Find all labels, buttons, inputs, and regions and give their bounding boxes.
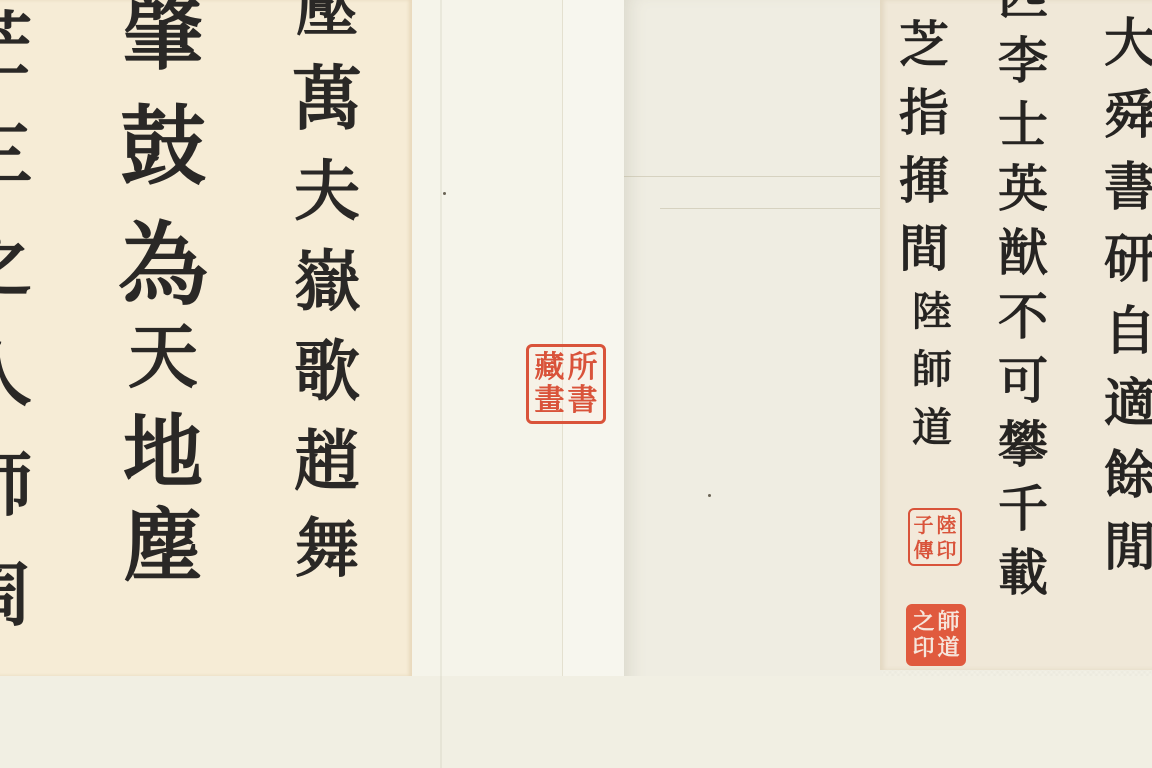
seal-character: 傳 [914, 540, 934, 560]
seal-character: 陸 [937, 515, 957, 535]
character: 揮 [899, 156, 949, 206]
character: 間 [899, 224, 949, 274]
character: 適 [1104, 378, 1152, 430]
character: 地 [123, 412, 203, 492]
character: 攀 [998, 420, 1048, 470]
character: 夫 [294, 158, 360, 224]
seal-character: 子 [914, 515, 934, 535]
seal-character: 道 [937, 637, 959, 659]
character: 士 [998, 100, 1048, 150]
character: 趙 [294, 428, 360, 494]
text-column-1: 壓 萬 夫 嶽 歌 趙 舞 [292, 0, 362, 582]
silk-strip-bottom [0, 676, 1152, 768]
character: 塵 [123, 506, 203, 586]
character: 壓 [296, 0, 358, 40]
signature-character: 道 [912, 408, 952, 448]
character: 三 [0, 120, 32, 190]
seal-character: 藏 [535, 353, 565, 383]
character: 指 [899, 88, 949, 138]
silk-speck [708, 494, 711, 497]
character: 英 [998, 164, 1048, 214]
silk-crease [660, 208, 880, 209]
character: 天 [128, 322, 198, 392]
text-column-1: 大 舜 書 研 自 適 餘 閒 [1104, 18, 1152, 574]
text-column-3: 芝 指 揮 間 陸 師 道 [896, 20, 952, 448]
character: 萬 [292, 64, 362, 134]
seal-character: 印 [937, 540, 957, 560]
character: 書 [1104, 162, 1152, 214]
character: 人 [0, 340, 32, 410]
artist-seal-2: 之 師 印 道 [906, 604, 966, 666]
collector-seal: 藏 所 畫 書 [526, 344, 606, 424]
character: 為 [118, 220, 208, 310]
silk-strip-right [624, 0, 882, 768]
character: 歌 [294, 338, 360, 404]
character: 不 [998, 292, 1048, 342]
fold-line [440, 0, 442, 768]
signature-character: 陸 [912, 292, 952, 332]
seal-character: 師 [937, 611, 959, 633]
seal-character: 書 [568, 386, 598, 416]
character: 芝 [899, 20, 949, 70]
character: 之 [0, 230, 32, 300]
text-column-3: 茫 三 之 人 師 周 [0, 10, 32, 630]
character: 自 [1104, 306, 1152, 358]
right-calligraphy-panel: 大 舜 書 研 自 適 餘 閒 匹 李 士 英 猷 不 可 攀 千 載 芝 指 … [880, 0, 1152, 670]
character: 舞 [295, 518, 359, 582]
character: 大 [1104, 18, 1152, 70]
character: 舜 [1104, 90, 1152, 142]
character: 周 [0, 560, 32, 630]
character: 嶽 [294, 248, 360, 314]
artist-seal-1: 子 陸 傳 印 [908, 508, 962, 566]
character: 鼓 [120, 104, 206, 190]
character: 肇 [123, 0, 203, 74]
signature-character: 師 [912, 350, 952, 390]
character: 李 [998, 36, 1048, 86]
silk-crease [624, 176, 880, 177]
character: 匹 [998, 0, 1048, 22]
seal-character: 之 [912, 611, 934, 633]
character: 載 [998, 548, 1048, 598]
seal-character: 畫 [535, 386, 565, 416]
character: 猷 [998, 228, 1048, 278]
left-calligraphy-panel: 壓 萬 夫 嶽 歌 趙 舞 肇 鼓 為 天 地 塵 茫 三 之 人 師 周 [0, 0, 412, 676]
character: 茫 [0, 10, 32, 80]
text-column-2: 匹 李 士 英 猷 不 可 攀 千 載 [998, 0, 1048, 598]
character: 閒 [1104, 522, 1152, 574]
character: 千 [998, 484, 1048, 534]
character: 師 [0, 450, 32, 520]
text-column-2: 肇 鼓 為 天 地 塵 [118, 0, 208, 586]
character: 餘 [1104, 450, 1152, 502]
seal-character: 印 [912, 637, 934, 659]
character: 研 [1104, 234, 1152, 286]
character: 可 [998, 356, 1048, 406]
silk-speck [443, 192, 446, 195]
seal-character: 所 [568, 353, 598, 383]
